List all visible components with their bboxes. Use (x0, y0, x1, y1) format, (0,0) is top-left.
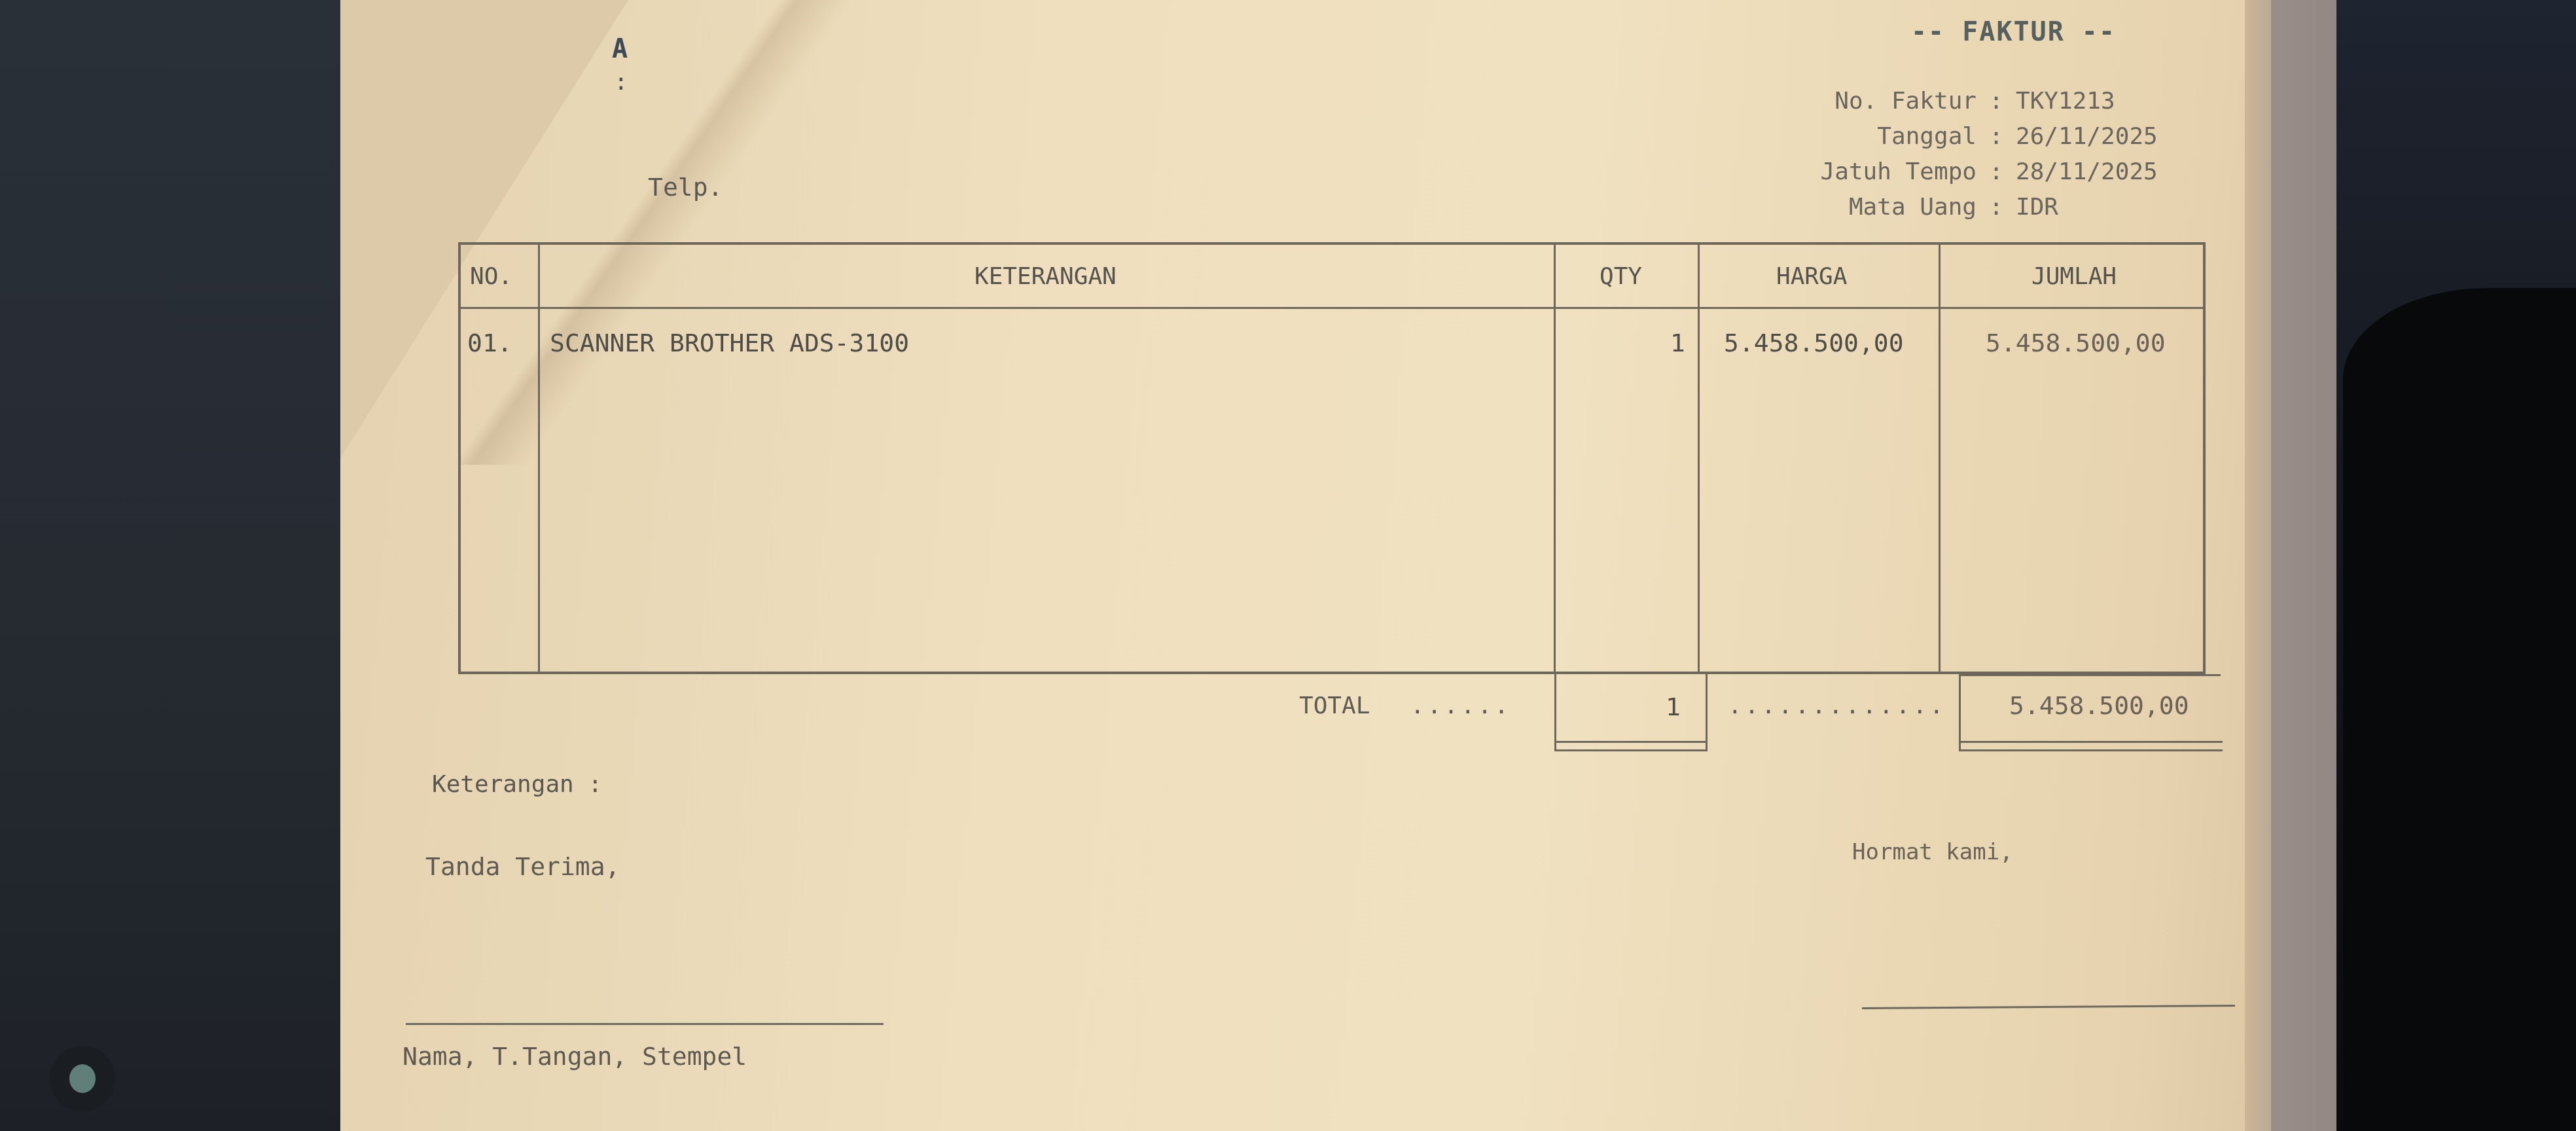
shadow-region (2343, 288, 2576, 1131)
meta-label: Tanggal (1715, 119, 1977, 154)
signature-caption: Nama, T.Tangan, Stempel (402, 1042, 747, 1071)
camera-lens-icon (50, 1046, 115, 1111)
meta-sep: : (1977, 84, 2016, 119)
invoice-meta: No. Faktur : TKY1213 Tanggal : 26/11/202… (1715, 84, 2212, 225)
header-divider (461, 307, 2206, 309)
currency: IDR (2016, 190, 2212, 225)
meta-label: Mata Uang (1715, 190, 1977, 225)
total-leader-dots-2: ............. (1728, 692, 1946, 719)
column-header-qty: QTY (1600, 263, 1642, 290)
background-left (0, 0, 353, 1131)
due-date: 28/11/2025 (2016, 154, 2212, 190)
meta-row-no-faktur: No. Faktur : TKY1213 (1715, 84, 2212, 119)
meta-row-jatuh-tempo: Jatuh Tempo : 28/11/2025 (1715, 154, 2212, 190)
row-number: 01. (467, 329, 512, 357)
item-qty: 1 (1670, 329, 1685, 357)
meta-sep: : (1977, 119, 2016, 154)
regards-label: Hormat kami, (1852, 839, 2013, 865)
invoice-title: -- FAKTUR -- (1911, 17, 2116, 47)
items-table: NO. KETERANGAN QTY HARGA JUMLAH 01. SCAN… (458, 242, 2206, 674)
col-divider-harga (1939, 245, 1941, 674)
item-description: SCANNER BROTHER ADS-3100 (550, 329, 909, 357)
company-address-colon: : (614, 69, 628, 96)
meta-sep: : (1977, 154, 2016, 190)
column-header-jumlah: JUMLAH (2031, 263, 2117, 290)
total-qty-box (1554, 674, 1708, 751)
meta-row-tanggal: Tanggal : 26/11/2025 (1715, 119, 2212, 154)
col-divider-qty (1698, 245, 1700, 674)
total-amount: 5.458.500,00 (2009, 691, 2189, 720)
total-leader-dots: ...... (1410, 692, 1511, 719)
meta-label: No. Faktur (1715, 84, 1977, 119)
paper-edge-strip (2271, 0, 2336, 1131)
item-amount: 5.458.500,00 (1986, 329, 2166, 357)
meta-row-mata-uang: Mata Uang : IDR (1715, 190, 2212, 225)
col-divider-keterangan (1554, 245, 1556, 674)
telp-label: Telp. (648, 173, 723, 202)
company-initial: A (612, 34, 628, 64)
notes-label: Keterangan : (432, 771, 602, 798)
meta-sep: : (1977, 190, 2016, 225)
meta-label: Jatuh Tempo (1715, 154, 1977, 190)
item-price: 5.458.500,00 (1724, 329, 1904, 357)
invoice-date: 26/11/2025 (2016, 119, 2212, 154)
column-header-keterangan: KETERANGAN (975, 263, 1117, 290)
column-header-no: NO. (470, 263, 512, 290)
receiver-signature-line (406, 1023, 884, 1025)
col-divider-no (538, 245, 540, 674)
receipt-acknowledgement-label: Tanda Terima, (425, 852, 620, 881)
column-header-harga: HARGA (1776, 263, 1847, 290)
invoice-number: TKY1213 (2016, 84, 2212, 119)
total-qty: 1 (1666, 692, 1681, 721)
total-label: TOTAL (1299, 692, 1370, 719)
